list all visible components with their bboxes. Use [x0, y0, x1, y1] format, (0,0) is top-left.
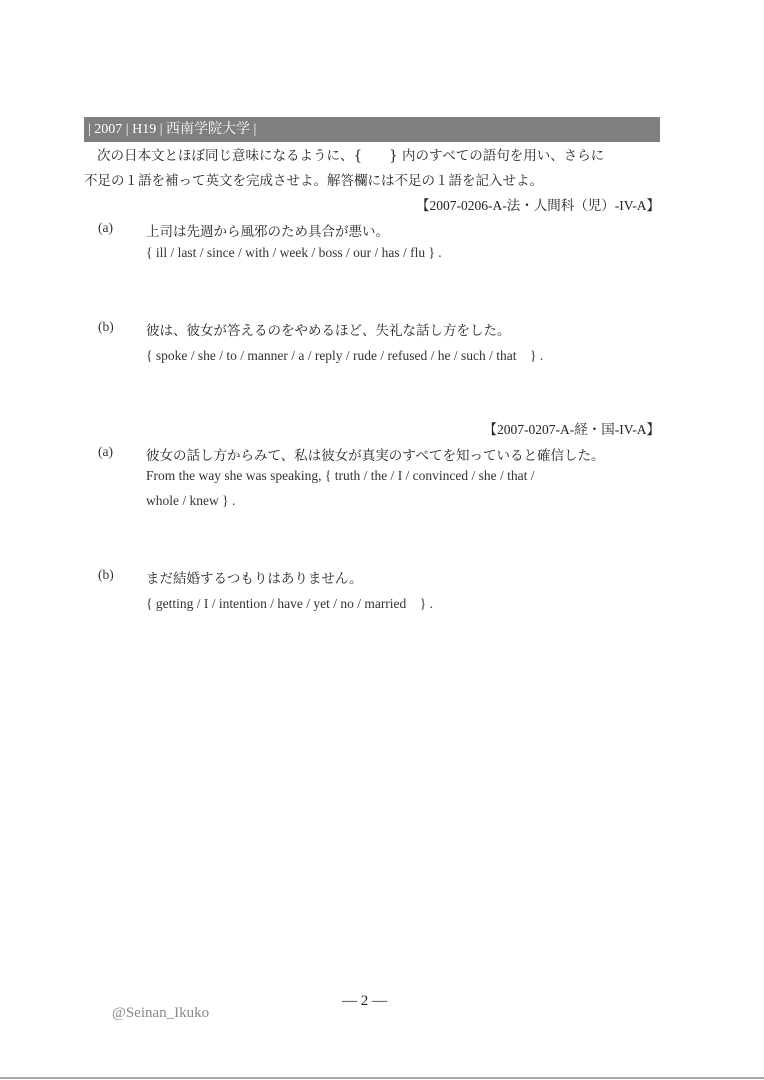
question-english: { spoke / she / to / manner / a / reply …: [146, 344, 543, 364]
instructions-line-1: 次の日本文とほぼ同じ意味になるように、{ } 内のすべての語句を用い、さらに: [84, 144, 660, 169]
question-japanese: 彼は、彼女が答えるのをやめるほど、失礼な話し方をした。: [146, 319, 511, 339]
bottom-divider: [0, 1077, 764, 1079]
source-reference: 【2007-0207-A-経・国-IV-A】: [484, 418, 660, 438]
question-english: { ill / last / since / with / week / bos…: [146, 245, 442, 261]
instructions: 次の日本文とほぼ同じ意味になるように、{ } 内のすべての語句を用い、さらに 不…: [84, 144, 660, 194]
question-label: (b): [98, 567, 114, 583]
question-label: (a): [98, 444, 113, 460]
question-japanese: 上司は先週から風邪のため具合が悪い。: [146, 220, 389, 240]
question-japanese: まだ結婚するつもりはありません。: [146, 567, 363, 587]
question-english: { getting / I / intention / have / yet /…: [146, 592, 433, 612]
source-reference: 【2007-0206-A-法・人間科（児）-IV-A】: [416, 194, 660, 214]
page-number: — 2 —: [342, 993, 387, 1010]
question-label: (a): [98, 220, 113, 236]
question-english: From the way she was speaking, { truth /…: [146, 468, 535, 484]
instructions-line-2: 不足の１語を補って英文を完成させよ。解答欄には不足の１語を記入せよ。: [84, 169, 660, 194]
question-english: whole / knew } .: [146, 493, 235, 509]
exam-header-bar: | 2007 | H19 | 西南学院大学 |: [84, 117, 660, 142]
watermark: @Seinan_Ikuko: [112, 1005, 209, 1022]
question-japanese: 彼女の話し方からみて、私は彼女が真実のすべてを知っていると確信した。: [146, 444, 604, 464]
question-label: (b): [98, 319, 114, 335]
document-page: | 2007 | H19 | 西南学院大学 | 次の日本文とほぼ同じ意味になるよ…: [0, 0, 764, 1080]
